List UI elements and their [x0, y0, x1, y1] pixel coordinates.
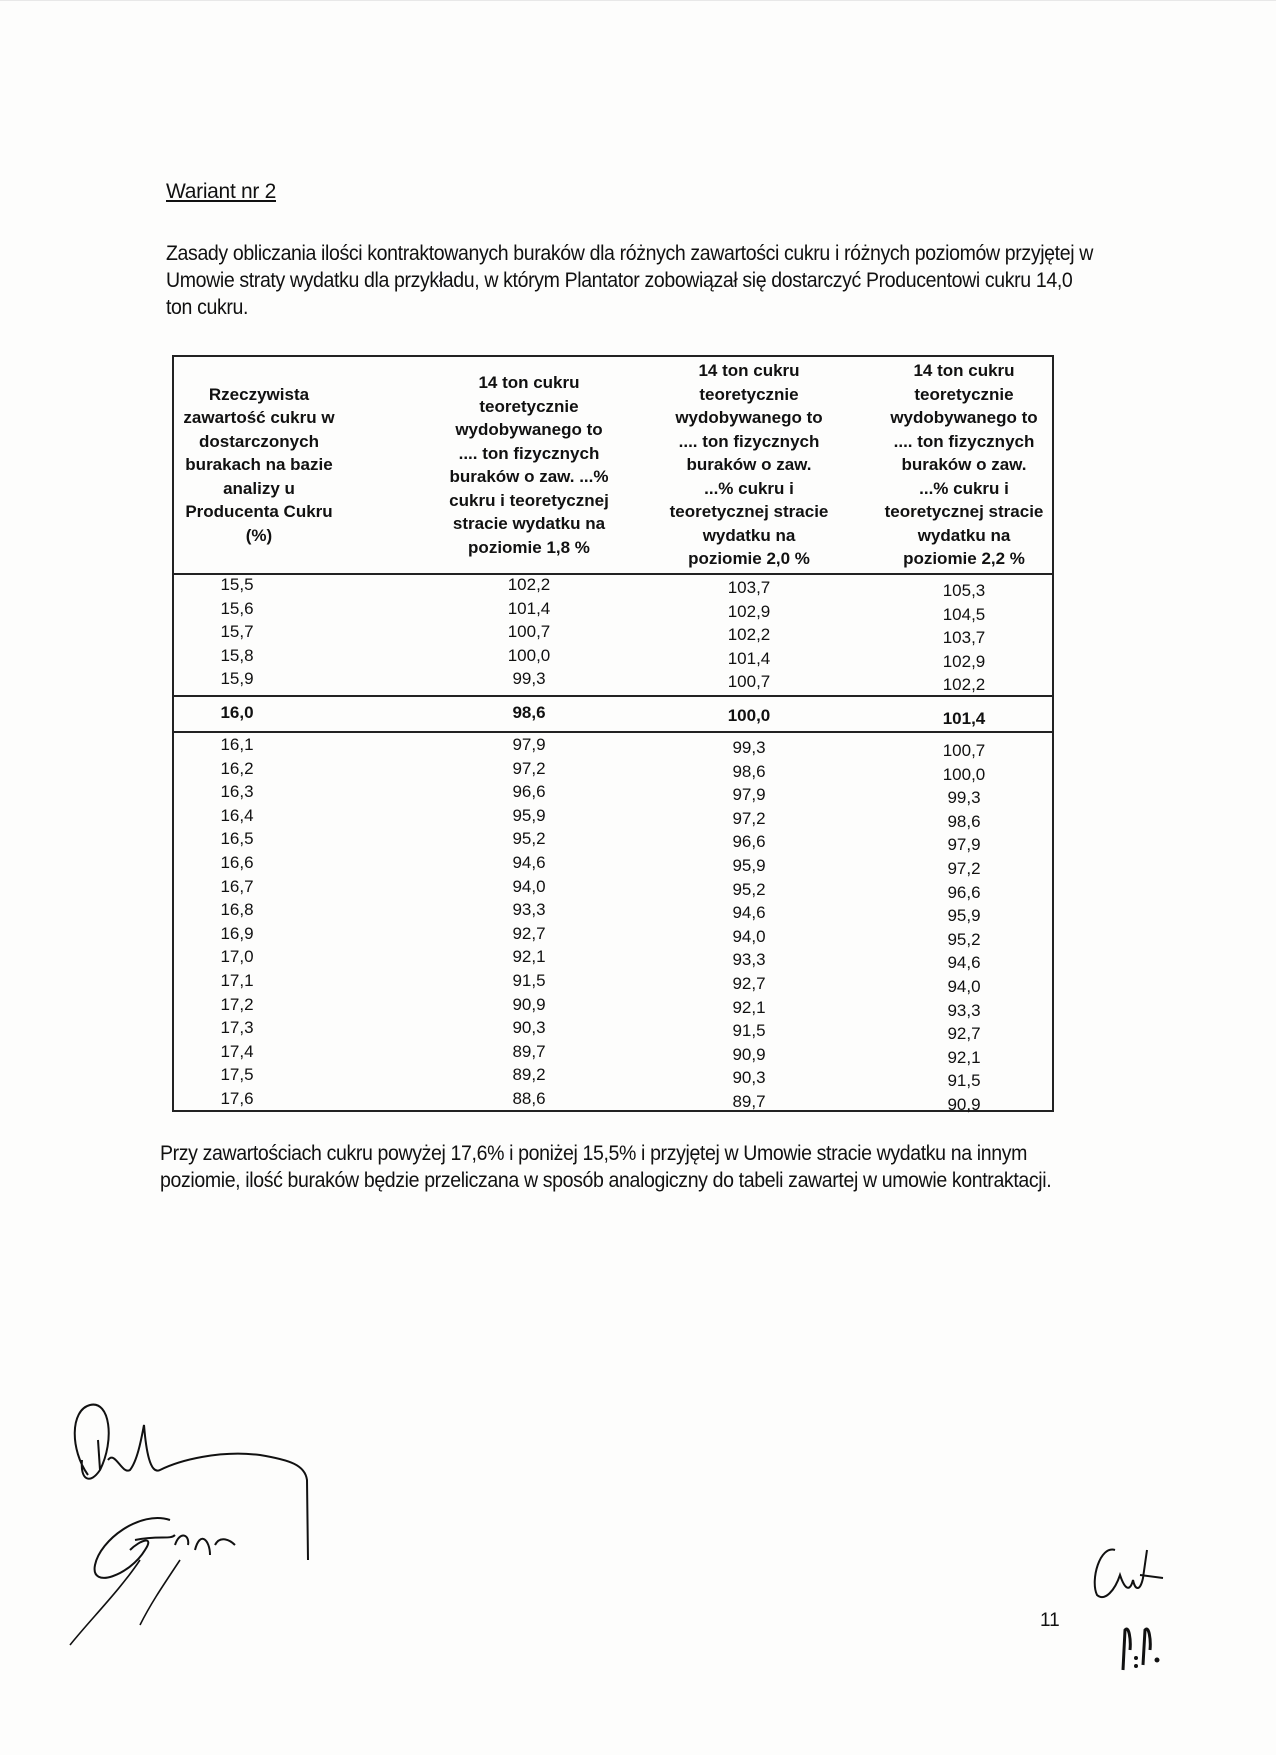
table-cell: 99,3 — [469, 669, 589, 689]
table-cell: 98,6 — [469, 703, 589, 723]
header-line: wydobywanego to — [449, 418, 609, 442]
header-line: teoretycznie — [449, 395, 609, 419]
header-line: zawartość cukru w — [183, 406, 334, 430]
table-cell: 92,1 — [689, 998, 809, 1018]
table-cell: 96,6 — [689, 832, 809, 852]
table-cell: 92,7 — [469, 924, 589, 944]
table-cell: 16,7 — [177, 877, 297, 897]
table-header: Rzeczywistazawartość cukru wdostarczonyc… — [174, 357, 1052, 575]
table-cell: 94,0 — [689, 927, 809, 947]
table-row: 15,6101,4102,9104,5 — [174, 599, 1052, 623]
table-row: 15,5102,2103,7105,3 — [174, 575, 1052, 599]
table-cell: 97,2 — [469, 759, 589, 779]
scan-edge — [0, 0, 1276, 1]
header-line: .... ton fizycznych — [885, 430, 1044, 454]
table-row: 16,297,298,6100,0 — [174, 759, 1052, 783]
table-row: 16,694,695,997,2 — [174, 853, 1052, 877]
header-line: poziomie 2,0 % — [670, 547, 829, 571]
table-cell: 102,2 — [469, 575, 589, 595]
table-row: 16,197,999,3100,7 — [174, 735, 1052, 759]
table-cell: 92,7 — [689, 974, 809, 994]
table-cell: 102,2 — [689, 625, 809, 645]
header-line: burakach na bazie — [183, 453, 334, 477]
closing-paragraph: Przy zawartościach cukru powyżej 17,6% i… — [160, 1140, 1090, 1194]
conversion-table: Rzeczywistazawartość cukru wdostarczonyc… — [172, 355, 1054, 1112]
table-cell: 100,0 — [469, 646, 589, 666]
table-cell: 99,3 — [689, 738, 809, 758]
table-cell: 16,1 — [177, 735, 297, 755]
table-cell: 94,6 — [689, 903, 809, 923]
table-cell: 90,9 — [469, 995, 589, 1015]
header-line: poziomie 1,8 % — [449, 536, 609, 560]
table-row: 17,589,290,391,5 — [174, 1065, 1052, 1089]
table-cell: 16,8 — [177, 900, 297, 920]
header-line: .... ton fizycznych — [449, 442, 609, 466]
header-line: wydatku na — [670, 524, 829, 548]
header-line: dostarczonych — [183, 430, 334, 454]
table-cell: 89,7 — [689, 1092, 809, 1112]
page-number: 11 — [1040, 1610, 1060, 1632]
header-line: buraków o zaw. ...% — [449, 465, 609, 489]
table-row: 16,893,394,695,9 — [174, 900, 1052, 924]
table-cell: 17,3 — [177, 1018, 297, 1038]
header-line: buraków o zaw. — [670, 453, 829, 477]
table-cell: 17,2 — [177, 995, 297, 1015]
table-cell: 101,4 — [469, 599, 589, 619]
table-cell: 16,4 — [177, 806, 297, 826]
table-cell: 91,5 — [469, 971, 589, 991]
table-cell: 101,4 — [904, 709, 1024, 729]
table-cell: 95,2 — [469, 829, 589, 849]
table-cell: 15,7 — [177, 622, 297, 642]
header-line: Producenta Cukru — [183, 500, 334, 524]
table-cell: 93,3 — [469, 900, 589, 920]
column-header-4: 14 ton cukruteoretyczniewydobywanego to.… — [859, 357, 1069, 573]
header-line: 14 ton cukru — [885, 359, 1044, 383]
table-cell: 16,0 — [177, 703, 297, 723]
table-cell: 90,9 — [689, 1045, 809, 1065]
header-line: .... ton fizycznych — [670, 430, 829, 454]
column-header-3: 14 ton cukruteoretyczniewydobywanego to.… — [644, 357, 854, 573]
table-cell: 88,6 — [469, 1089, 589, 1109]
table-cell: 98,6 — [689, 762, 809, 782]
table-cell: 89,2 — [469, 1065, 589, 1085]
table-cell: 96,6 — [469, 782, 589, 802]
header-line: teoretycznej stracie — [885, 500, 1044, 524]
table-cell: 102,9 — [689, 602, 809, 622]
table-cell: 15,6 — [177, 599, 297, 619]
table-cell: 16,2 — [177, 759, 297, 779]
table-cell: 90,3 — [469, 1018, 589, 1038]
header-line: 14 ton cukru — [449, 371, 609, 395]
table-cell: 17,5 — [177, 1065, 297, 1085]
table-cell: 16,3 — [177, 782, 297, 802]
header-line: analizy u — [183, 477, 334, 501]
table-cell: 16,9 — [177, 924, 297, 944]
table-cell: 97,9 — [689, 785, 809, 805]
header-line: wydobywanego to — [670, 406, 829, 430]
table-cell: 90,9 — [904, 1095, 1024, 1115]
table-cell: 89,7 — [469, 1042, 589, 1062]
header-line: Rzeczywista — [183, 383, 334, 407]
table-cell: 17,6 — [177, 1089, 297, 1109]
table-cell: 102,2 — [904, 675, 1024, 695]
table-cell: 97,2 — [689, 809, 809, 829]
header-line: teoretycznej stracie — [670, 500, 829, 524]
table-cell: 17,4 — [177, 1042, 297, 1062]
table-cell: 95,9 — [689, 856, 809, 876]
column-header-2: 14 ton cukruteoretyczniewydobywanego to.… — [414, 357, 644, 573]
header-line: cukru i teoretycznej — [449, 489, 609, 513]
column-header-1: Rzeczywistazawartość cukru wdostarczonyc… — [154, 357, 364, 573]
section-heading: Wariant nr 2 — [166, 180, 276, 204]
table-cell: 103,7 — [689, 578, 809, 598]
intro-paragraph: Zasady obliczania ilości kontraktowanych… — [166, 240, 1096, 321]
table-cell: 94,6 — [469, 853, 589, 873]
table-cell: 17,0 — [177, 947, 297, 967]
header-line: teoretycznie — [885, 383, 1044, 407]
table-cell: 17,1 — [177, 971, 297, 991]
table-row: 16,794,095,296,6 — [174, 877, 1052, 901]
table-cell: 92,1 — [469, 947, 589, 967]
signature-right-icon — [1085, 1540, 1175, 1610]
table-cell: 16,5 — [177, 829, 297, 849]
header-line: (%) — [183, 524, 334, 548]
table-row: 16,595,296,697,9 — [174, 829, 1052, 853]
table-cell: 97,9 — [469, 735, 589, 755]
table-row: 17,092,193,394,6 — [174, 947, 1052, 971]
table-cell: 95,9 — [469, 806, 589, 826]
table-row: 17,489,790,992,1 — [174, 1042, 1052, 1066]
table-cell: 93,3 — [689, 950, 809, 970]
table-row: 15,8100,0101,4102,9 — [174, 646, 1052, 670]
header-line: wydobywanego to — [885, 406, 1044, 430]
table-cell: 94,0 — [469, 877, 589, 897]
table-cell: 15,5 — [177, 575, 297, 595]
header-line: buraków o zaw. — [885, 453, 1044, 477]
header-line: stracie wydatku na — [449, 512, 609, 536]
table-cell: 16,6 — [177, 853, 297, 873]
table-cell: 91,5 — [689, 1021, 809, 1041]
initials-right-icon — [1115, 1620, 1175, 1680]
table-cell: 100,7 — [469, 622, 589, 642]
header-line: ...% cukru i — [885, 477, 1044, 501]
header-line: wydatku na — [885, 524, 1044, 548]
header-line: poziomie 2,2 % — [885, 547, 1044, 571]
table-row: 16,992,794,095,2 — [174, 924, 1052, 948]
table-cell: 100,7 — [689, 672, 809, 692]
table-cell: 101,4 — [689, 649, 809, 669]
table-row: 15,999,3100,7102,2 — [174, 669, 1052, 693]
table-cell: 15,8 — [177, 646, 297, 666]
table-row: 16,495,997,298,6 — [174, 806, 1052, 830]
table-row: 16,098,6100,0101,4 — [174, 703, 1052, 727]
table-cell: 100,0 — [689, 706, 809, 726]
table-row: 17,191,592,794,0 — [174, 971, 1052, 995]
header-line: teoretycznie — [670, 383, 829, 407]
signature-left-icon — [60, 1390, 320, 1650]
table-cell: 90,3 — [689, 1068, 809, 1088]
table-cell: 95,2 — [689, 880, 809, 900]
table-row: 17,688,689,790,9 — [174, 1089, 1052, 1113]
table-row: 15,7100,7102,2103,7 — [174, 622, 1052, 646]
table-row: 17,390,391,592,7 — [174, 1018, 1052, 1042]
header-line: 14 ton cukru — [670, 359, 829, 383]
table-row: 16,396,697,999,3 — [174, 782, 1052, 806]
header-line: ...% cukru i — [670, 477, 829, 501]
table-row: 17,290,992,193,3 — [174, 995, 1052, 1019]
table-cell: 15,9 — [177, 669, 297, 689]
